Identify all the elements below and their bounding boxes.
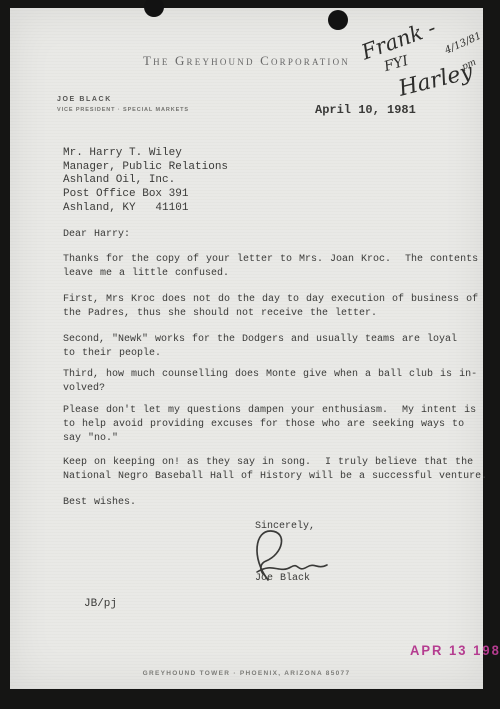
letterhead-sender-name: JOE BLACK bbox=[57, 96, 112, 103]
typed-signature-name: Joe Black bbox=[255, 572, 310, 586]
letter-date: April 10, 1981 bbox=[315, 103, 416, 117]
punch-hole-icon bbox=[328, 10, 348, 30]
paragraph-5: Please don't let my questions dampen you… bbox=[63, 404, 476, 446]
paragraph-1: Thanks for the copy of your letter to Mr… bbox=[63, 253, 478, 281]
letter-paper: The Greyhound Corporation JOE BLACK VICE… bbox=[10, 8, 483, 689]
recipient-address: Mr. Harry T. Wiley Manager, Public Relat… bbox=[63, 147, 228, 216]
typist-initials: JB/pj bbox=[84, 598, 117, 610]
paragraph-4: Third, how much counselling does Monte g… bbox=[63, 368, 477, 396]
letterhead-company-name: The Greyhound Corporation bbox=[10, 53, 483, 69]
best-wishes-line: Best wishes. bbox=[63, 496, 136, 510]
paragraph-6: Keep on keeping on! as they say in song.… bbox=[63, 456, 487, 484]
scanned-letter-screenshot: { "letterhead": { "company": "The Greyho… bbox=[0, 0, 500, 709]
paragraph-3: Second, "Newk" works for the Dodgers and… bbox=[63, 333, 457, 361]
salutation: Dear Harry: bbox=[63, 228, 130, 242]
punch-hole-icon bbox=[144, 0, 164, 17]
paragraph-2: First, Mrs Kroc does not do the day to d… bbox=[63, 293, 478, 321]
received-date-stamp: APR 13 1981 bbox=[410, 643, 500, 659]
letterhead-sender-title: VICE PRESIDENT · SPECIAL MARKETS bbox=[57, 107, 189, 113]
letterhead-footer-address: GREYHOUND TOWER · PHOENIX, ARIZONA 85077 bbox=[10, 670, 483, 677]
